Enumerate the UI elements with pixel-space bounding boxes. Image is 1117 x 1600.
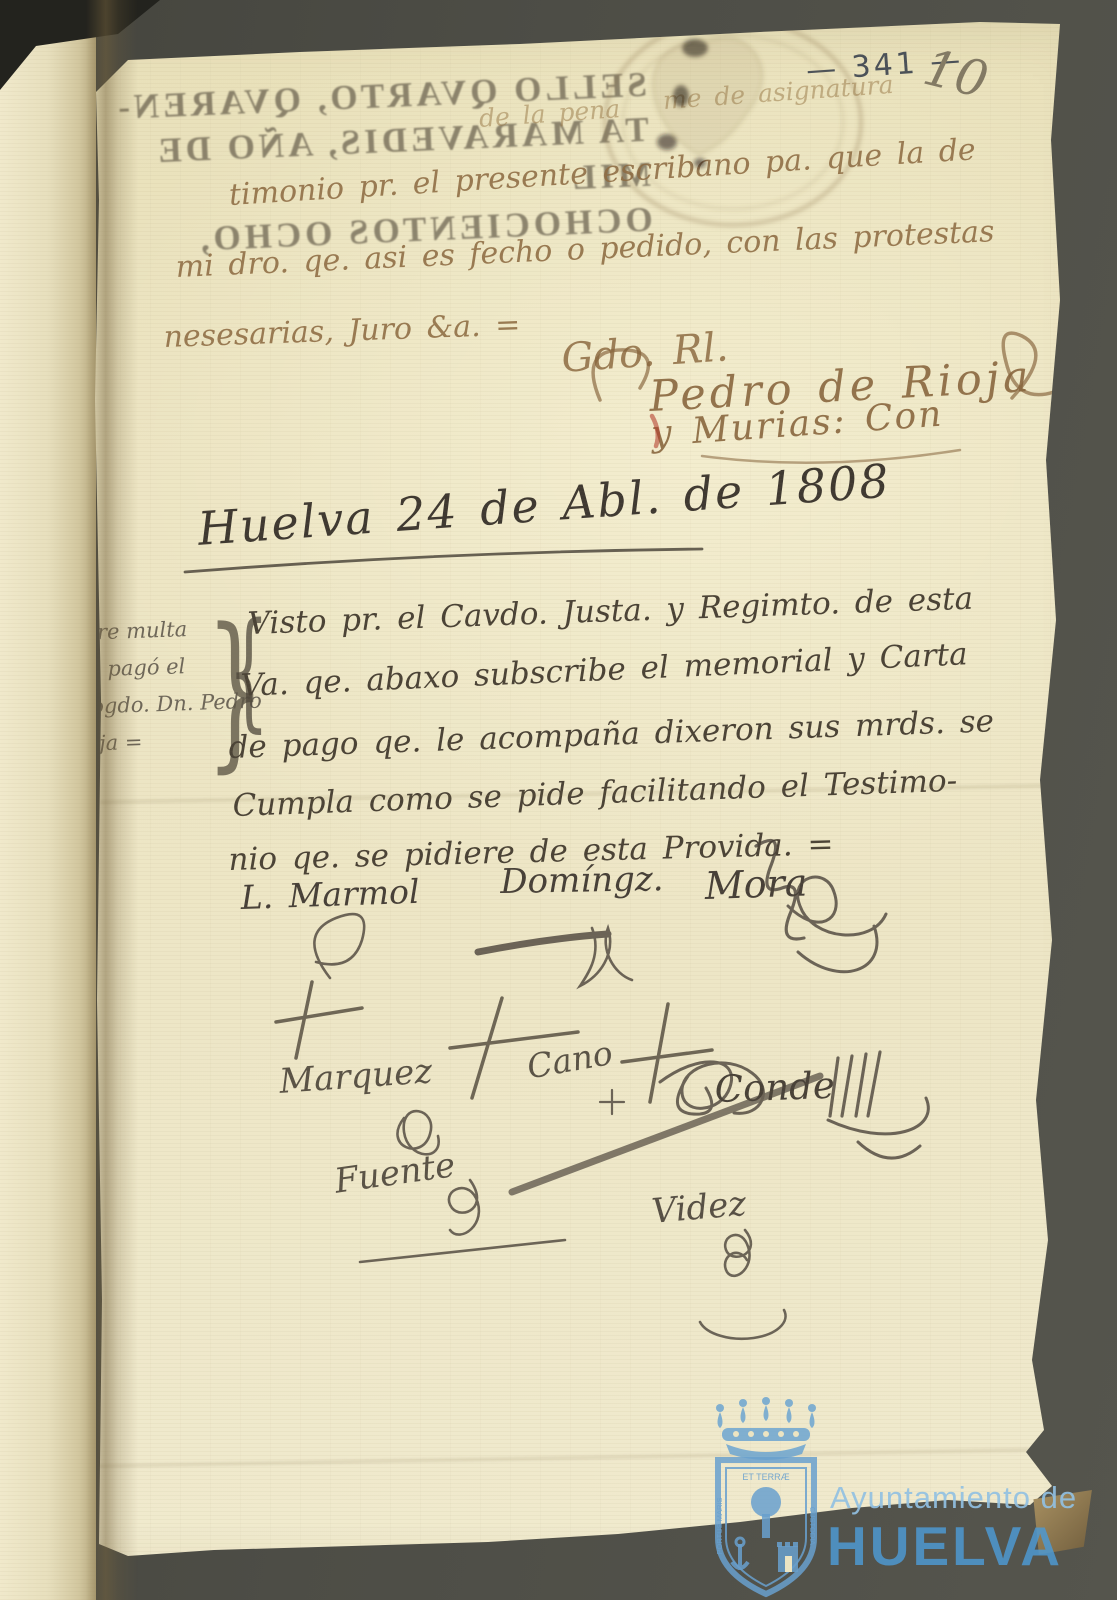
watermark-text-large: HUELVA bbox=[827, 1514, 1063, 1578]
signature-fuente: Fuente bbox=[332, 1145, 458, 1201]
document-scan: SELLO QVARTO, QVAREN- TA MARAVEDIS, AÑO … bbox=[0, 0, 1117, 1600]
huelva-watermark: ET TERRÆ PORTUS MARIS CUSTODIA Ayuntamie… bbox=[690, 1378, 1117, 1600]
shield-motto-left: PORTUS MARIS bbox=[715, 1498, 724, 1555]
signature-dominguez: Domíngz. bbox=[500, 859, 664, 902]
body-line: Visto pr. el Cavdo. Justa. y Regimto. de… bbox=[247, 581, 974, 642]
anchor-icon bbox=[732, 1544, 748, 1570]
body-line: Va. qe. abaxo subscribe el memorial y Ca… bbox=[240, 636, 968, 704]
signature-videz: Videz bbox=[650, 1184, 748, 1232]
shield-motto-top: ET TERRÆ bbox=[742, 1472, 789, 1482]
signature-marquez: Marquez bbox=[278, 1051, 433, 1102]
huelva-coat-of-arms: ET TERRÆ PORTUS MARIS CUSTODIA bbox=[706, 1396, 826, 1600]
signature-marmol: L. Marmol bbox=[240, 872, 420, 917]
shield-charges bbox=[732, 1487, 798, 1572]
dateline: Huelva 24 de Abl. de 1808 bbox=[196, 454, 892, 556]
manuscript-page: SELLO QVARTO, QVAREN- TA MARAVEDIS, AÑO … bbox=[0, 0, 1117, 1600]
tower-icon bbox=[777, 1542, 798, 1572]
signature-cano: Cano bbox=[524, 1033, 616, 1086]
body-line: de pago qe. le acompaña dixeron sus mrds… bbox=[228, 703, 995, 766]
underlying-page-edge bbox=[0, 0, 96, 1600]
watermark-text-small: Ayuntamiento de bbox=[830, 1480, 1077, 1516]
shield-motto-right: CUSTODIA bbox=[808, 1507, 817, 1546]
folio-number: 10 bbox=[918, 38, 994, 110]
crown bbox=[716, 1397, 816, 1460]
petition-line: nesesarias, Juro &a. = bbox=[163, 308, 521, 355]
signature-mora: Mora bbox=[704, 860, 808, 908]
signature-conde: Conde bbox=[714, 1064, 835, 1111]
